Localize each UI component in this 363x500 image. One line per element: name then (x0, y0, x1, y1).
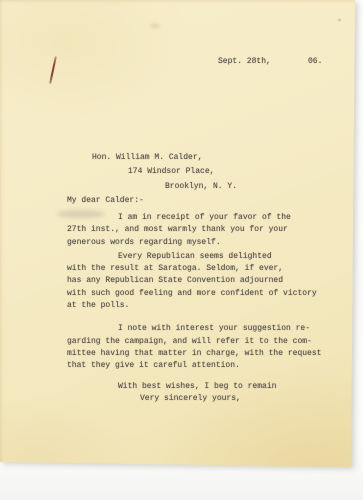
paper-stain (150, 24, 160, 28)
recipient-name: Hon. William M. Calder, (92, 151, 237, 165)
recipient-street: 174 Windsor Place, (128, 165, 237, 179)
closing-line: Very sincerely yours, (67, 393, 329, 405)
paper-speck (338, 19, 341, 21)
body-line: I am in receipt of your favor of the (67, 212, 329, 224)
recipient-address: Hon. William M. Calder, 174 Windsor Plac… (92, 151, 237, 194)
letter-date: Sept. 28th, (218, 56, 271, 68)
body-line: garding the campaign, and will refer it … (67, 336, 329, 348)
body-line: I note with interest your suggestion re- (67, 323, 329, 335)
paragraph-3: I note with interest your suggestion re-… (67, 323, 329, 372)
paragraph-2: Every Republican seems delighted with th… (67, 251, 329, 312)
scanned-letter: Sept. 28th, 06. Hon. William M. Calder, … (0, 0, 363, 500)
salutation: My dear Calder:- (67, 195, 144, 207)
recipient-city: Brooklyn, N. Y. (165, 180, 237, 194)
body-line: Every Republican seems delighted (67, 251, 329, 263)
body-line: mittee having that matter in charge, wit… (67, 348, 329, 360)
body-line: has any Republican State Convention adjo… (67, 275, 329, 287)
ink-smudge (57, 210, 105, 218)
body-line: with such good feeling and more confiden… (67, 288, 329, 300)
body-line: generous words regarding myself. (67, 237, 329, 249)
paragraph-1: I am in receipt of your favor of the 27t… (67, 212, 329, 249)
closing-line: With best wishes, I beg to remain (67, 381, 329, 393)
letter-paper: Sept. 28th, 06. Hon. William M. Calder, … (0, 0, 363, 500)
body-line: that they give it careful attention. (67, 360, 329, 372)
letter-body: I am in receipt of your favor of the 27t… (67, 212, 329, 405)
body-line: at the polls. (67, 300, 329, 312)
closing: With best wishes, I beg to remain Very s… (67, 381, 329, 406)
letter-text: Sept. 28th, 06. Hon. William M. Calder, … (0, 0, 363, 500)
letter-year: 06. (308, 56, 322, 68)
body-line: 27th inst., and most warmly thank you fo… (67, 224, 329, 236)
body-line: with the result at Saratoga. Seldom, if … (67, 263, 329, 275)
